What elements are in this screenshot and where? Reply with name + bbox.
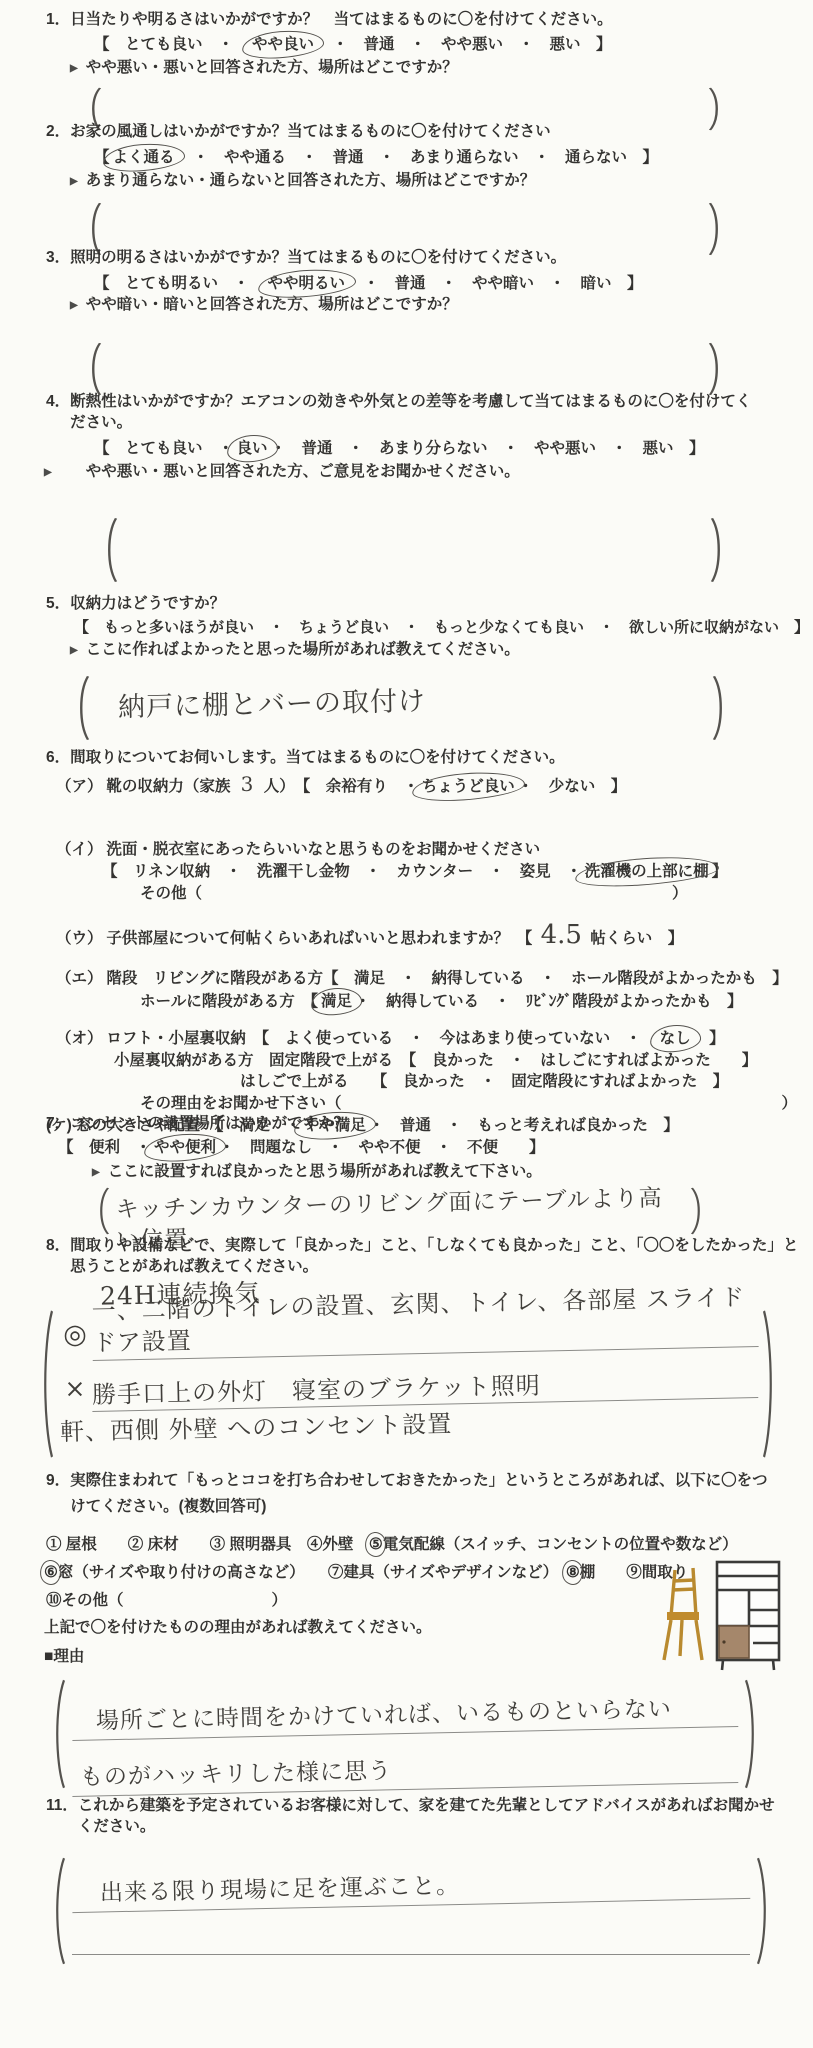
handwritten-row: 場所ごとに時間をかけていれば、いるものといらない bbox=[72, 1678, 738, 1734]
question-7-title: 7． コンセントの設置場所はいかがですか？ bbox=[0, 1114, 813, 1135]
question-text: コンセントの設置場所はいかがですか？ bbox=[70, 1114, 797, 1135]
question-1-options: 【 とても良い ・ やや良い ・ 普通 ・ やや悪い ・ 悪い 】 bbox=[94, 35, 813, 56]
answer-area: 納戸に棚とバーの取付け bbox=[90, 675, 712, 741]
options-text: ロフト・小屋裏収納 【 よく使っている ・ 今はあまり使っていない ・ bbox=[106, 1030, 656, 1047]
answer-box-q5: 納戸に棚とバーの取付け bbox=[76, 675, 726, 741]
options-text: ・ 問題なし ・ やや不便 ・ 不便 】 bbox=[219, 1139, 545, 1156]
answer-box-q3 bbox=[88, 342, 722, 396]
question-text: 実際住まわれて「もっとココを打ち合わせしておきたかった」というところがあれば、以… bbox=[70, 1468, 773, 1521]
question-6o-reason: その理由をお聞かせ下さい（） bbox=[140, 1094, 813, 1115]
circled-option: やや明るい bbox=[265, 274, 349, 295]
circled-option: なし bbox=[657, 1029, 694, 1050]
answer-box-q7: キッチンカウンターのリビング面にテーブルより高い位置 bbox=[96, 1187, 704, 1235]
circled-option: ちょうど良い bbox=[419, 777, 518, 798]
options-text: ・ 普通 ・ あまり分らない ・ やや悪い ・ 悪い 】 bbox=[271, 440, 705, 457]
cross-mark: × bbox=[58, 1372, 92, 1406]
handwritten-row-extra: 軒、西側 外壁 へのコンセント設置 bbox=[60, 1412, 758, 1444]
options-text: 靴の収納力（家族 bbox=[106, 778, 230, 795]
arrow-bullet-icon: ▶ bbox=[92, 1166, 100, 1180]
other-label: その他（ bbox=[140, 885, 202, 902]
handwritten-line: 一、二階のトイレの設置、玄関、トイレ、各部屋 スライドドア設置 bbox=[91, 1281, 758, 1361]
sub-label: （オ） bbox=[56, 1029, 102, 1050]
question-number: 3． bbox=[46, 248, 70, 269]
item-text: ⑩その他（ bbox=[46, 1592, 124, 1609]
options-text: ・ 少ない 】 bbox=[518, 778, 627, 795]
options-text: 【 リネン収納 ・ 洗濯干し金物 ・ カウンター ・ 姿見 ・ bbox=[102, 863, 582, 880]
left-paren bbox=[52, 1678, 66, 1790]
furniture-illustration bbox=[649, 1556, 791, 1674]
question-7-followup: ▶ ここに設置すれば良かったと思う場所があれば教えて下さい。 bbox=[92, 1162, 797, 1183]
arrow-bullet-icon: ▶ bbox=[70, 644, 78, 658]
options-text: 階段 リビングに階段がある方【 満足 ・ 納得している ・ ホール階段がよかった… bbox=[106, 970, 787, 987]
answer-area-empty bbox=[118, 517, 710, 583]
double-circle-mark: ◎ bbox=[58, 1317, 92, 1353]
question-1-title: 1． 日当たりや明るさはいかがですか？ 当てはまるものに〇を付けてください。 bbox=[0, 10, 813, 31]
question-text: お家の風通しはいかがですか？当てはまるものに〇を付けてください bbox=[70, 122, 797, 143]
left-paren bbox=[96, 1187, 110, 1235]
answer-box-q9-reason: 場所ごとに時間をかけていれば、いるものといらない ものがハッキリした様に思う bbox=[52, 1678, 758, 1790]
circled-option: 満足 bbox=[318, 992, 355, 1013]
question-4: 4． 断熱性はいかがですか？エアコンの効きや外気との差等を考慮して当てはまるもの… bbox=[0, 392, 813, 583]
question-number: 8． bbox=[46, 1236, 70, 1278]
question-text: これから建築を予定されているお客様に対して、家を建てた先輩としてアドバイスがあれ… bbox=[78, 1796, 783, 1838]
question-7-options: 【 便利 ・やや便利・ 問題なし ・ やや不便 ・ 不便 】 bbox=[58, 1138, 813, 1159]
handwritten-row: ものがハッキリした様に思う bbox=[72, 1734, 738, 1790]
right-paren bbox=[712, 675, 726, 741]
circled-option: やや良い bbox=[249, 35, 317, 56]
question-number: 4． bbox=[46, 392, 70, 434]
answer-box-q8: ◎ 一、二階のトイレの設置、玄関、トイレ、各部屋 スライドドア設置 × 勝手口上… bbox=[40, 1308, 776, 1460]
followup-text: やや悪い・悪いと回答された方、ご意見をお聞かせください。 bbox=[60, 462, 520, 483]
handwritten-line: 軒、西側 外壁 へのコンセント設置 bbox=[60, 1407, 453, 1448]
other-close: ） bbox=[672, 885, 688, 902]
options-text: ・ やや通る ・ 普通 ・ あまり通らない ・ 通らない 】 bbox=[178, 149, 659, 166]
question-3: 3． 照明の明るさはいかがですか？当てはまるものに〇を付けてください。 【 とて… bbox=[0, 248, 813, 396]
question-2-followup: ▶ あまり通らない・通らないと回答された方、場所はどこですか？ bbox=[70, 171, 797, 192]
options-text: ・ 納得している ・ ﾘﾋﾞﾝｸﾞ階段がよかったかも 】 bbox=[355, 993, 743, 1010]
circled-option: よく通る bbox=[110, 148, 178, 169]
right-paren bbox=[708, 342, 722, 396]
options-text: 【 とても良い ・ bbox=[94, 440, 234, 457]
followup-text: あまり通らない・通らないと回答された方、場所はどこですか？ bbox=[86, 171, 536, 192]
question-6i-other: その他（） bbox=[140, 884, 813, 905]
question-5: 5． 収納力はどうですか？ 【 もっと多いほうが良い ・ ちょうど良い ・ もっ… bbox=[0, 594, 813, 741]
question-4-followup: ▶ やや悪い・悪いと回答された方、ご意見をお聞かせください。 bbox=[44, 462, 797, 483]
followup-text: やや暗い・暗いと回答された方、場所はどこですか？ bbox=[86, 295, 458, 316]
question-number: 6． bbox=[46, 748, 70, 769]
question-text: 断熱性はいかがですか？エアコンの効きや外気との差等を考慮して当てはまるものに〇を… bbox=[70, 392, 753, 434]
question-3-followup: ▶ やや暗い・暗いと回答された方、場所はどこですか？ bbox=[70, 295, 797, 316]
options-text: 子供部屋について何帖くらいあればいいと思われますか？ 【 bbox=[106, 930, 532, 947]
sub-question-text: 洗面・脱衣室にあったらいいなと思うものをお聞かせください bbox=[106, 841, 540, 858]
question-3-options: 【 とても明るい ・ やや明るい ・ 普通 ・ やや暗い ・ 暗い 】 bbox=[94, 274, 813, 295]
circled-option: 洗濯機の上部に棚 bbox=[582, 862, 712, 883]
question-9-title: 9． 実際住まわれて「もっとココを打ち合わせしておきたかった」というところがあれ… bbox=[0, 1468, 813, 1521]
item-text: ① 屋根 ② 床材 ③ 照明器具 ④外壁 bbox=[46, 1536, 369, 1553]
handwritten-family-count: 3 bbox=[235, 772, 260, 796]
question-number: 5． bbox=[46, 594, 70, 615]
question-number: 1． bbox=[46, 10, 70, 31]
circled-item-5: ⑤ bbox=[369, 1535, 383, 1556]
options-text: 【 とても明るい ・ bbox=[94, 275, 265, 292]
question-6: 6． 間取りについてお伺いします。当てはまるものに〇を付けてください。 （ア） … bbox=[0, 748, 813, 1137]
question-2: 2． お家の風通しはいかがですか？当てはまるものに〇を付けてください 【よく通る… bbox=[0, 122, 813, 256]
handwritten-row: 出来る限り現場に足を運ぶこと。 bbox=[72, 1856, 750, 1907]
question-text: 日当たりや明るさはいかがですか？ 当てはまるものに〇を付けてください。 bbox=[70, 10, 797, 31]
reason-close: ） bbox=[782, 1095, 798, 1112]
question-9-items-line1: ① 屋根 ② 床材 ③ 照明器具 ④外壁 ⑤電気配線（スイッチ、コンセントの位置… bbox=[46, 1535, 813, 1556]
right-paren bbox=[710, 517, 724, 583]
question-6o-row2: 小屋裏収納がある方 固定階段で上がる 【 良かった ・ はしごにすればよかった … bbox=[114, 1051, 813, 1072]
question-1: 1． 日当たりや明るさはいかがですか？ 当てはまるものに〇を付けてください。 【… bbox=[0, 10, 813, 131]
circled-option: 良い bbox=[234, 439, 271, 460]
question-4-options: 【 とても良い ・良い・ 普通 ・ あまり分らない ・ やや悪い ・ 悪い 】 bbox=[94, 439, 813, 460]
circled-item-8: ⑧ bbox=[566, 1563, 580, 1584]
item-text: ） bbox=[272, 1592, 288, 1609]
followup-text: やや悪い・悪いと回答された方、場所はどこですか？ bbox=[86, 58, 458, 79]
answer-area: 場所ごとに時間をかけていれば、いるものといらない ものがハッキリした様に思う bbox=[66, 1678, 744, 1790]
question-8: 8． 間取りや設備などで、実際して「良かった」こと、「しなくても良かった」こと、… bbox=[0, 1236, 813, 1460]
handwritten-row-good: ◎ 一、二階のトイレの設置、玄関、トイレ、各部屋 スライドドア設置 bbox=[58, 1308, 758, 1354]
arrow-bullet-icon: ▶ bbox=[70, 175, 78, 189]
left-paren bbox=[52, 1856, 66, 1966]
right-paren bbox=[762, 1308, 776, 1460]
survey-scan-page: 1． 日当たりや明るさはいかがですか？ 当てはまるものに〇を付けてください。 【… bbox=[0, 0, 813, 2048]
handwritten-tatami-size: 4.5 bbox=[537, 920, 586, 950]
question-number: 11． bbox=[46, 1796, 78, 1838]
left-paren bbox=[104, 517, 118, 583]
question-4-title: 4． 断熱性はいかがですか？エアコンの効きや外気との差等を考慮して当てはまるもの… bbox=[0, 392, 813, 434]
left-paren bbox=[40, 1308, 54, 1460]
answer-area: 出来る限り現場に足を運ぶこと。 bbox=[66, 1856, 756, 1966]
sub-label: （ウ） bbox=[56, 929, 102, 950]
options-text: 【 とても良い ・ bbox=[94, 36, 249, 53]
arrow-bullet-icon: ▶ bbox=[44, 466, 52, 480]
left-paren bbox=[88, 342, 102, 396]
handwritten-row-bad: × 勝手口上の外灯 寝室のブラケット照明 bbox=[58, 1354, 758, 1406]
question-8-title: 8． 間取りや設備などで、実際して「良かった」こと、「しなくても良かった」こと、… bbox=[0, 1236, 813, 1278]
right-paren bbox=[744, 1678, 758, 1790]
question-6e-row1: （エ） 階段 リビングに階段がある方【 満足 ・ 納得している ・ ホール階段が… bbox=[56, 969, 813, 990]
question-2-title: 2． お家の風通しはいかがですか？当てはまるものに〇を付けてください bbox=[0, 122, 813, 143]
left-paren bbox=[76, 675, 90, 741]
question-5-title: 5． 収納力はどうですか？ bbox=[0, 594, 813, 615]
question-6-title: 6． 間取りについてお伺いします。当てはまるものに〇を付けてください。 bbox=[0, 748, 813, 769]
question-3-title: 3． 照明の明るさはいかがですか？当てはまるものに〇を付けてください。 bbox=[0, 248, 813, 269]
question-11: 11． これから建築を予定されているお客様に対して、家を建てた先輩としてアドバイ… bbox=[0, 1796, 813, 1966]
question-text: 収納力はどうですか？ bbox=[70, 594, 797, 615]
right-paren bbox=[690, 1187, 704, 1235]
question-2-options: 【よく通る ・ やや通る ・ 普通 ・ あまり通らない ・ 通らない 】 bbox=[94, 148, 813, 169]
question-text: 間取りについてお伺いします。当てはまるものに〇を付けてください。 bbox=[70, 748, 797, 769]
chair-icon bbox=[664, 1568, 702, 1660]
options-text: ・ 普通 ・ やや暗い ・ 暗い 】 bbox=[348, 275, 643, 292]
question-6e-row2: ホールに階段がある方 【満足・ 納得している ・ ﾘﾋﾞﾝｸﾞ階段がよかったかも… bbox=[140, 992, 813, 1013]
handwritten-line: ものがハッキリした様に思う bbox=[72, 1749, 739, 1797]
answer-area-empty bbox=[102, 342, 708, 396]
options-text: ・ 普通 ・ やや悪い ・ 悪い 】 bbox=[317, 36, 612, 53]
question-1-followup: ▶ やや悪い・悪いと回答された方、場所はどこですか？ bbox=[70, 58, 797, 79]
item-text: 電気配線（スイッチ、コンセントの位置や数など） bbox=[383, 1536, 738, 1553]
question-11-title: 11． これから建築を予定されているお客様に対して、家を建てた先輩としてアドバイ… bbox=[0, 1796, 813, 1838]
item-text: 窓（サイズや取り付けの高さなど） ⑦建具（サイズやデザインなど） bbox=[58, 1564, 566, 1581]
question-number: 7． bbox=[46, 1114, 70, 1135]
question-6o-row3: はしごで上がる 【 良かった ・ 固定階段にすればよかった 】 bbox=[240, 1072, 813, 1093]
question-6o-row1: （オ） ロフト・小屋裏収納 【 よく使っている ・ 今はあまり使っていない ・ … bbox=[56, 1029, 813, 1050]
arrow-bullet-icon: ▶ bbox=[70, 299, 78, 313]
question-6i-row: （イ） 洗面・脱衣室にあったらいいなと思うものをお聞かせください bbox=[56, 840, 813, 861]
arrow-bullet-icon: ▶ bbox=[70, 62, 78, 76]
shelf-icon bbox=[717, 1562, 779, 1670]
question-text: 間取りや設備などで、実際して「良かった」こと、「しなくても良かった」こと、「〇〇… bbox=[70, 1236, 799, 1278]
empty-row bbox=[72, 1906, 750, 1954]
right-paren bbox=[756, 1856, 770, 1966]
handwritten-line: 勝手口上の外灯 寝室のブラケット照明 bbox=[92, 1365, 759, 1412]
handwritten-answer: 納戸に棚とバーの取付け bbox=[118, 684, 427, 727]
answer-box-q11: 出来る限り現場に足を運ぶこと。 bbox=[52, 1856, 770, 1966]
question-7: 7． コンセントの設置場所はいかがですか？ 【 便利 ・やや便利・ 問題なし ・… bbox=[0, 1114, 813, 1235]
circled-item-6: ⑥ bbox=[44, 1563, 58, 1584]
followup-text: ここに設置すれば良かったと思う場所があれば教えて下さい。 bbox=[108, 1162, 542, 1183]
question-5-followup: ▶ ここに作ればよかったと思った場所があれば教えてください。 bbox=[70, 640, 797, 661]
question-6i-options: 【 リネン収納 ・ 洗濯干し金物 ・ カウンター ・ 姿見 ・洗濯機の上部に棚】 bbox=[102, 862, 813, 883]
reason-label: その理由をお聞かせ下さい（ bbox=[140, 1095, 342, 1112]
question-9: 9． 実際住まわれて「もっとココを打ち合わせしておきたかった」というところがあれ… bbox=[0, 1468, 813, 1790]
question-text: 照明の明るさはいかがですか？当てはまるものに〇を付けてください。 bbox=[70, 248, 797, 269]
question-6a-row: （ア） 靴の収納力（家族 3 人） 【 余裕有り ・ちょうど良い・ 少ない 】 bbox=[56, 771, 813, 798]
options-text: 【 便利 ・ bbox=[58, 1139, 151, 1156]
sub-label: （ア） bbox=[56, 777, 102, 798]
sub-label: （エ） bbox=[56, 969, 102, 990]
answer-line-empty bbox=[72, 1952, 750, 1955]
options-text: 人） 【 余裕有り ・ bbox=[264, 778, 419, 795]
options-text: ホールに階段がある方 【 bbox=[140, 993, 318, 1010]
circled-option: やや便利 bbox=[151, 1138, 219, 1159]
question-number: 9． bbox=[46, 1468, 70, 1521]
question-number: 2． bbox=[46, 122, 70, 143]
sub-label: （イ） bbox=[56, 840, 102, 861]
question-5-options: 【 もっと多いほうが良い ・ ちょうど良い ・ もっと少なくても良い ・ 欲しい… bbox=[74, 618, 813, 638]
answer-box-q4 bbox=[104, 517, 724, 583]
followup-text: ここに作ればよかったと思った場所があれば教えてください。 bbox=[86, 640, 520, 661]
answer-area: ◎ 一、二階のトイレの設置、玄関、トイレ、各部屋 スライドドア設置 × 勝手口上… bbox=[54, 1308, 762, 1460]
options-text: 帖くらい 】 bbox=[590, 930, 683, 947]
answer-area: キッチンカウンターのリビング面にテーブルより高い位置 bbox=[110, 1187, 690, 1235]
question-6u-row: （ウ） 子供部屋について何帖くらいあればいいと思われますか？ 【 4.5 帖くら… bbox=[56, 918, 813, 953]
